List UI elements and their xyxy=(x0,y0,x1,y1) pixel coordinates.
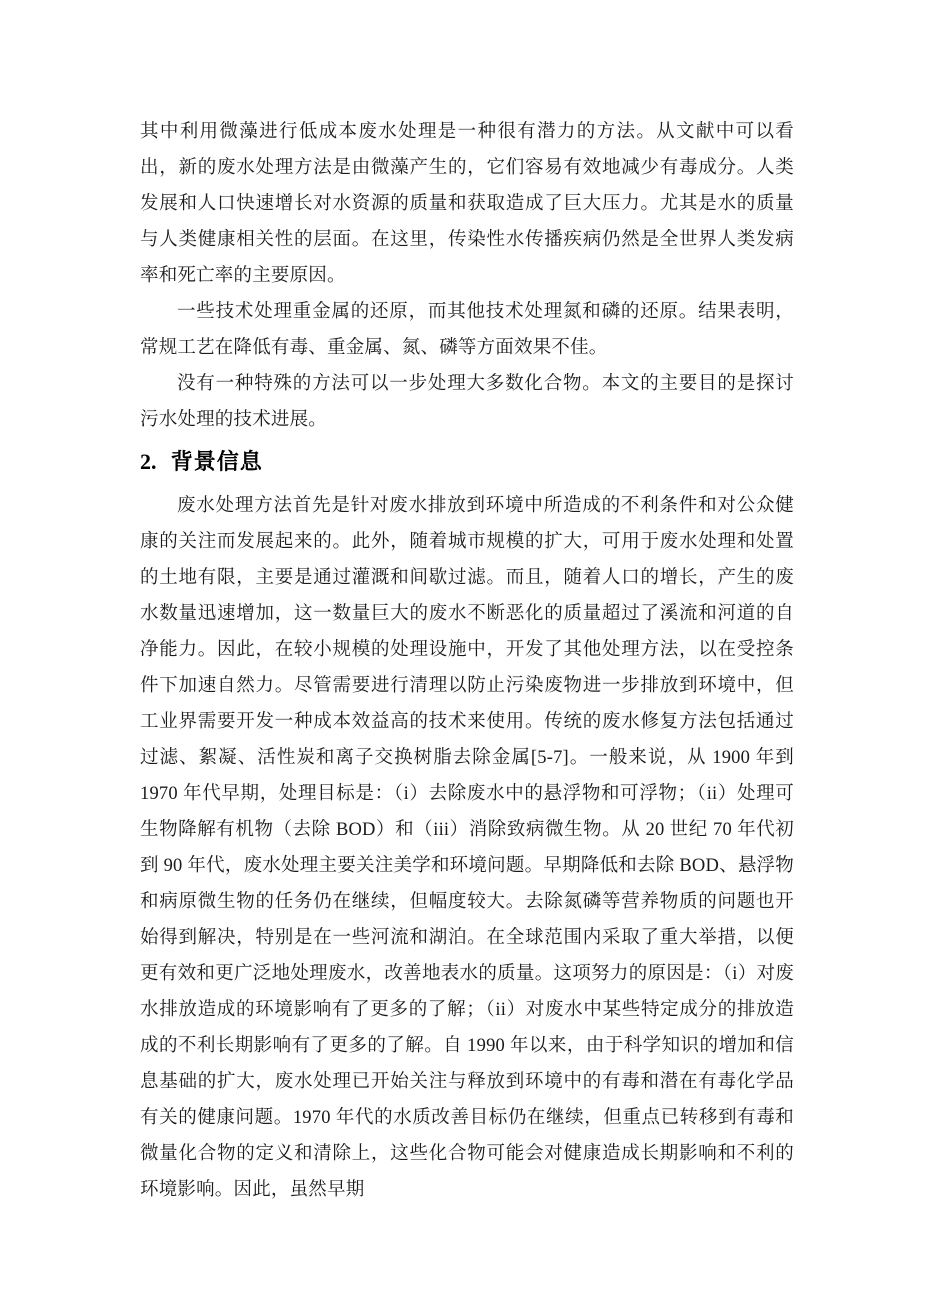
section-heading-background-info: 2.背景信息 xyxy=(140,447,794,477)
paragraph-background-info: 废水处理方法首先是针对废水排放到环境中所造成的不利条件和对公众健康的关注而发展起… xyxy=(140,488,794,1208)
paragraph-no-single-method: 没有一种特殊的方法可以一步处理大多数化合物。本文的主要目的是探讨污水处理的技术进… xyxy=(140,366,794,438)
section-heading-title: 背景信息 xyxy=(171,449,263,474)
paragraph-heavy-metal-techniques: 一些技术处理重金属的还原，而其他技术处理氮和磷的还原。结果表明，常规工艺在降低有… xyxy=(140,294,794,366)
paragraph-microalgae-intro: 其中利用微藻进行低成本废水处理是一种很有潜力的方法。从文献中可以看出，新的废水处… xyxy=(140,114,794,294)
section-heading-number: 2. xyxy=(140,449,157,474)
document-page: 其中利用微藻进行低成本废水处理是一种很有潜力的方法。从文献中可以看出，新的废水处… xyxy=(0,0,926,1309)
